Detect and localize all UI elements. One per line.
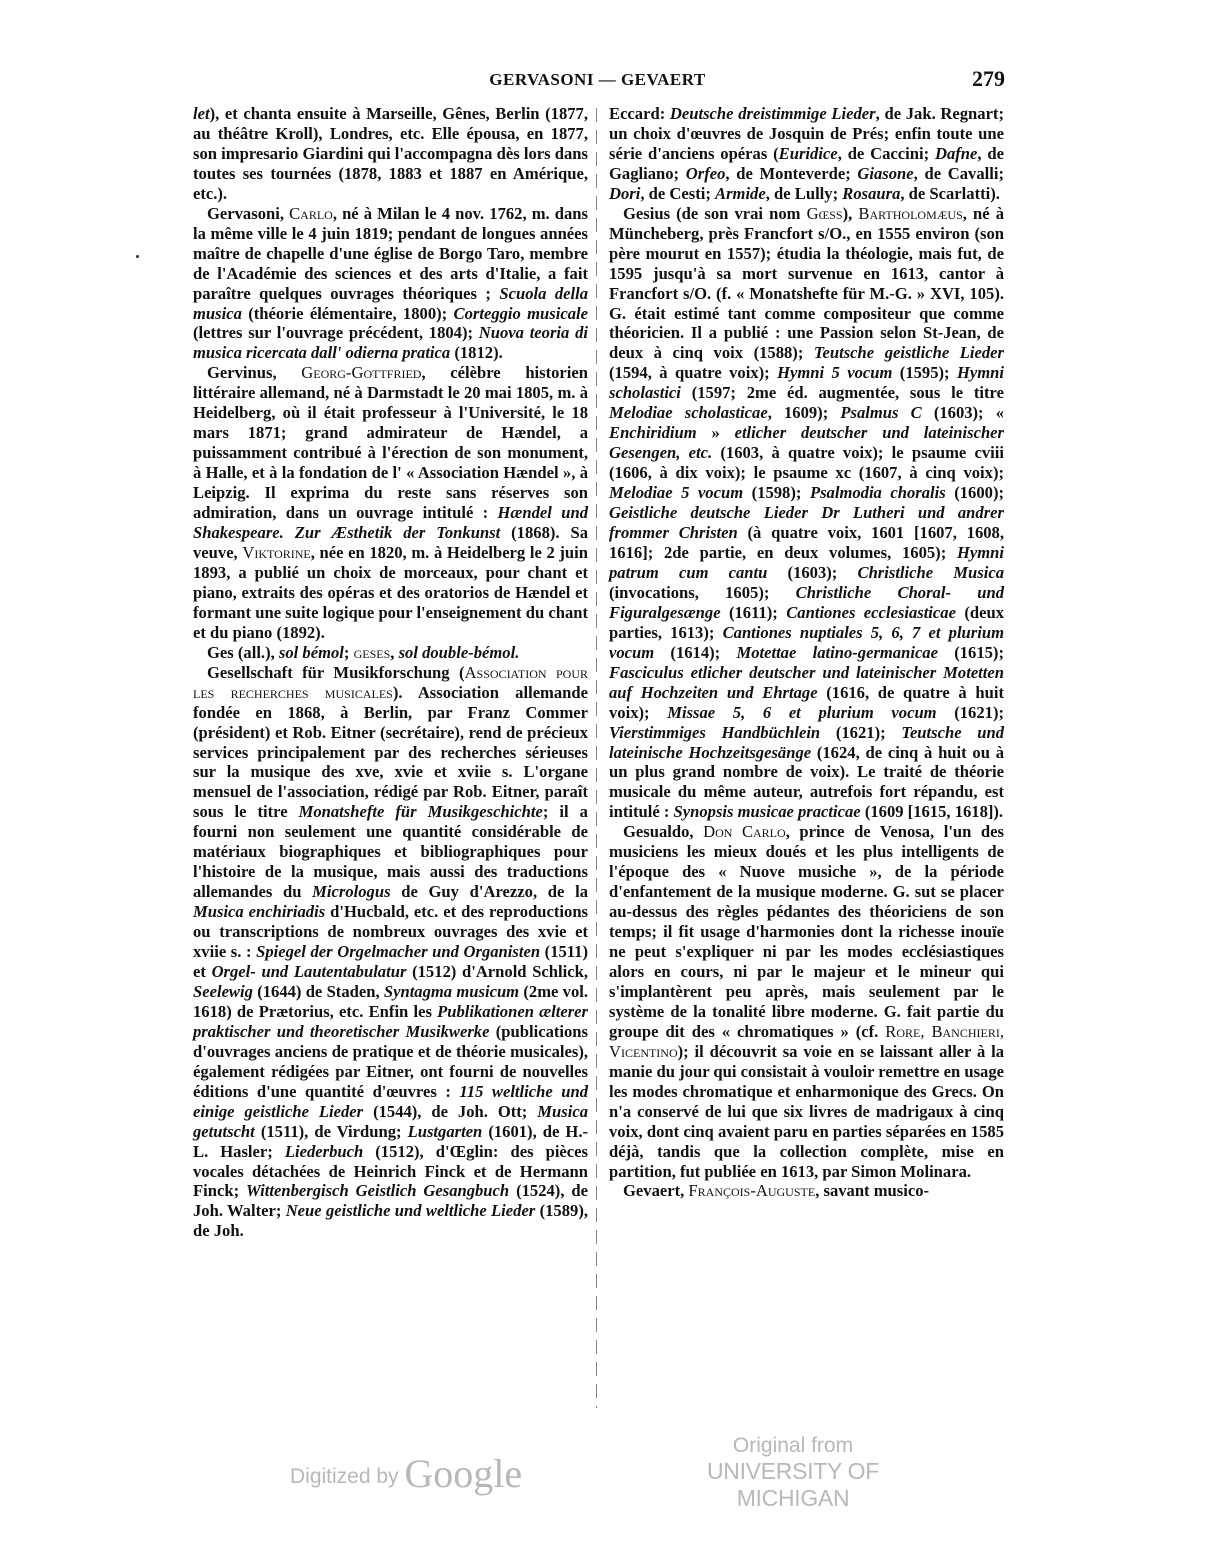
entry-text: (1600); (946, 483, 1004, 502)
work-title: Wittenbergisch Geistlich Gesangbuch (246, 1181, 509, 1200)
entry-gesius: Gesius (de son vrai nom Gœss), Bartholom… (609, 204, 1004, 823)
entry-text: ), et chanta ensuite à Marseille, Gênes,… (193, 104, 588, 203)
work-title: Hymni 5 vocum (777, 363, 892, 382)
entry-text: , de Monteverde; (725, 164, 857, 183)
entry-text: (lettres sur l'ouvrage précédent, 1804); (193, 323, 479, 342)
small-caps-name: Viktorine (242, 543, 310, 562)
work-title: Neue geistliche und weltliche Lieder (286, 1201, 536, 1220)
entry-text: (1512) d'Arnold Schlick, (406, 962, 588, 981)
work-title: Rosaura (842, 184, 900, 203)
entry-text: , né à Müncheberg, près Francfort s/O., … (609, 204, 1004, 363)
entry-text: (1511), de Virdung; (255, 1122, 408, 1141)
work-title: Seelewig (193, 982, 253, 1001)
entry-text: (1614); (654, 643, 736, 662)
work-title: Motettae latino-germanicae (736, 643, 938, 662)
entry-text: (1595); (892, 363, 957, 382)
page-number: 279 (972, 66, 1005, 92)
work-title: Enchiridium (609, 423, 697, 442)
original-source: Original from UNIVERSITY OF MICHIGAN (668, 1434, 918, 1512)
university-name: UNIVERSITY OF MICHIGAN (668, 1458, 918, 1512)
work-title: Psalmus C (840, 403, 921, 422)
work-title: Monatshefte für Musikgeschichte (299, 802, 543, 821)
margin-mark (136, 255, 139, 258)
entry-ges: Ges (all.), sol bémol; geses, sol double… (193, 643, 588, 663)
entry-gevaert: Gevaert, François-Auguste, savant musico… (609, 1181, 1004, 1201)
entry-text: (1812). (450, 343, 503, 362)
entry-text: (all.), (234, 643, 279, 662)
entry-text: (1609 [1615, 1618]). (861, 802, 1003, 821)
entry-text: , prince de Venosa, l'un des musiciens l… (609, 822, 1004, 1041)
google-logo-text: Google (404, 1451, 522, 1496)
work-title: Micrologus (312, 882, 390, 901)
headword: Gesius (623, 204, 670, 223)
entry-text: ( (450, 663, 465, 682)
work-title: Euridice (779, 144, 838, 163)
entry-text: (1644) de Staden, (253, 982, 384, 1001)
headword: Gervasoni, (207, 204, 284, 223)
right-column: Eccard: Deutsche dreistimmige Lieder, de… (609, 104, 1004, 1201)
work-title: Armide (715, 184, 766, 203)
running-title: GERVASONI — GEVAERT (190, 70, 1005, 90)
work-title: Teutsche geistliche Lieder (814, 343, 1004, 362)
entry-text: (1621); (820, 723, 901, 742)
work-title: Missae 5, 6 et plurium vocum (667, 703, 936, 722)
digitized-by-google: Digitized by Google (290, 1450, 522, 1497)
entry-text: ). Association allemande fondée en 1868,… (193, 683, 588, 822)
digitized-label: Digitized by (290, 1465, 404, 1488)
entry-text: (1621); (937, 703, 1004, 722)
entry-gesellschaft: Gesellschaft für Musikforschung (Associa… (193, 663, 588, 1242)
small-caps-name: François-Auguste (684, 1181, 815, 1200)
work-title: Orfeo (686, 164, 726, 183)
entry-text: (1603); « (922, 403, 1004, 422)
entry-text: , 1609); (768, 403, 841, 422)
entry-text: (1615); (938, 643, 1004, 662)
work-title: Dafne (935, 144, 977, 163)
entry-gervasoni: Gervasoni, Carlo, né à Milan le 4 nov. 1… (193, 204, 588, 364)
page-header: GERVASONI — GEVAERT 279 (190, 66, 1005, 96)
work-title: Vierstimmiges Handbüchlein (609, 723, 820, 742)
entry-text: , savant musico- (815, 1181, 929, 1200)
work-title: Liederbuch (285, 1142, 363, 1161)
entry-text: ; (344, 643, 354, 662)
small-caps-name: Georg-Gottfried (277, 363, 422, 382)
entry-text: (de son vrai nom (670, 204, 807, 223)
entry-text: , de Lully; (766, 184, 843, 203)
small-caps-name: Carlo (284, 204, 333, 223)
italic-text: sol double-bémol. (399, 643, 520, 662)
entry-text: (théorie élémentaire, 1800); (242, 304, 454, 323)
entry-text: de Guy d'Arezzo, de la (391, 882, 588, 901)
work-title: Synopsis musicae practicae (674, 802, 861, 821)
entry-text: , de Cesti; (640, 184, 715, 203)
digitization-watermark: Digitized by Google Original from UNIVER… (0, 1432, 1207, 1502)
work-title: Melodiae scholasticae (609, 403, 768, 422)
entry-text: (1597; 2me éd. augmentée, sous le titre (681, 383, 1004, 402)
entry-text: , de Scarlatti). (900, 184, 1000, 203)
entry-text: , de Cavalli; (914, 164, 1004, 183)
work-title: Melodiae 5 vocum (609, 483, 743, 502)
work-title: Corteggio musicale (454, 304, 588, 323)
work-title: Cantiones ecclesiasticae (786, 603, 956, 622)
small-caps-term: geses (354, 643, 391, 662)
small-caps-name: Don Carlo (694, 822, 786, 841)
work-title: Musica enchiriadis (193, 902, 325, 921)
entry-text: » (697, 423, 735, 442)
entry-text: , de Caccini; (838, 144, 935, 163)
entry-text: (invocations, 1605); (609, 583, 796, 602)
work-title: Lustgarten (408, 1122, 483, 1141)
entry-gervinus: Gervinus, Georg-Gottfried, célèbre histo… (193, 363, 588, 642)
column-divider (596, 108, 597, 1408)
work-title: Psalmodia choralis (810, 483, 946, 502)
entry-text: Eccard: (609, 104, 670, 123)
headword: Gesualdo, (623, 822, 694, 841)
headword: Gervinus, (207, 363, 277, 382)
italic-text: let (193, 104, 210, 123)
work-title: Christliche Musica (858, 563, 1005, 582)
left-column: let), et chanta ensuite à Marseille, Gên… (193, 104, 588, 1241)
headword: Gevaert, (623, 1181, 684, 1200)
entry-text: (1544), de Joh. Ott; (363, 1102, 537, 1121)
entry-continuation: Eccard: Deutsche dreistimmige Lieder, de… (609, 104, 1004, 204)
work-title: Dori (609, 184, 640, 203)
entry-text: ), (843, 204, 859, 223)
entry-text: (1598); (743, 483, 810, 502)
entry-text: , célèbre historien littéraire allemand,… (193, 363, 588, 522)
work-title: Giasone (857, 164, 913, 183)
small-caps-name: Gœss (807, 204, 843, 223)
entry-gesualdo: Gesualdo, Don Carlo, prince de Venosa, l… (609, 822, 1004, 1181)
entry-continuation: let), et chanta ensuite à Marseille, Gên… (193, 104, 588, 204)
entry-text: , (390, 643, 398, 662)
original-from-label: Original from (668, 1434, 918, 1458)
entry-text: (1594, à quatre voix); (609, 363, 777, 382)
work-title: Orgel- und Lautentabulatur (212, 962, 407, 981)
italic-text: sol bémol (279, 643, 344, 662)
headword: Gesellschaft für Musikforschung (207, 663, 450, 682)
headword: Ges (207, 643, 234, 662)
entry-text: ); il découvrit sa voie en se laissant a… (609, 1042, 1004, 1181)
work-title: Deutsche dreistimmige Lieder (670, 104, 876, 123)
work-title: Spiegel der Orgelmacher und Organisten (256, 942, 540, 961)
small-caps-name: Bartholomæus (858, 204, 962, 223)
work-title: Syntagma musicum (384, 982, 519, 1001)
entry-text: (1611); (721, 603, 787, 622)
entry-text: (1603); (767, 563, 857, 582)
